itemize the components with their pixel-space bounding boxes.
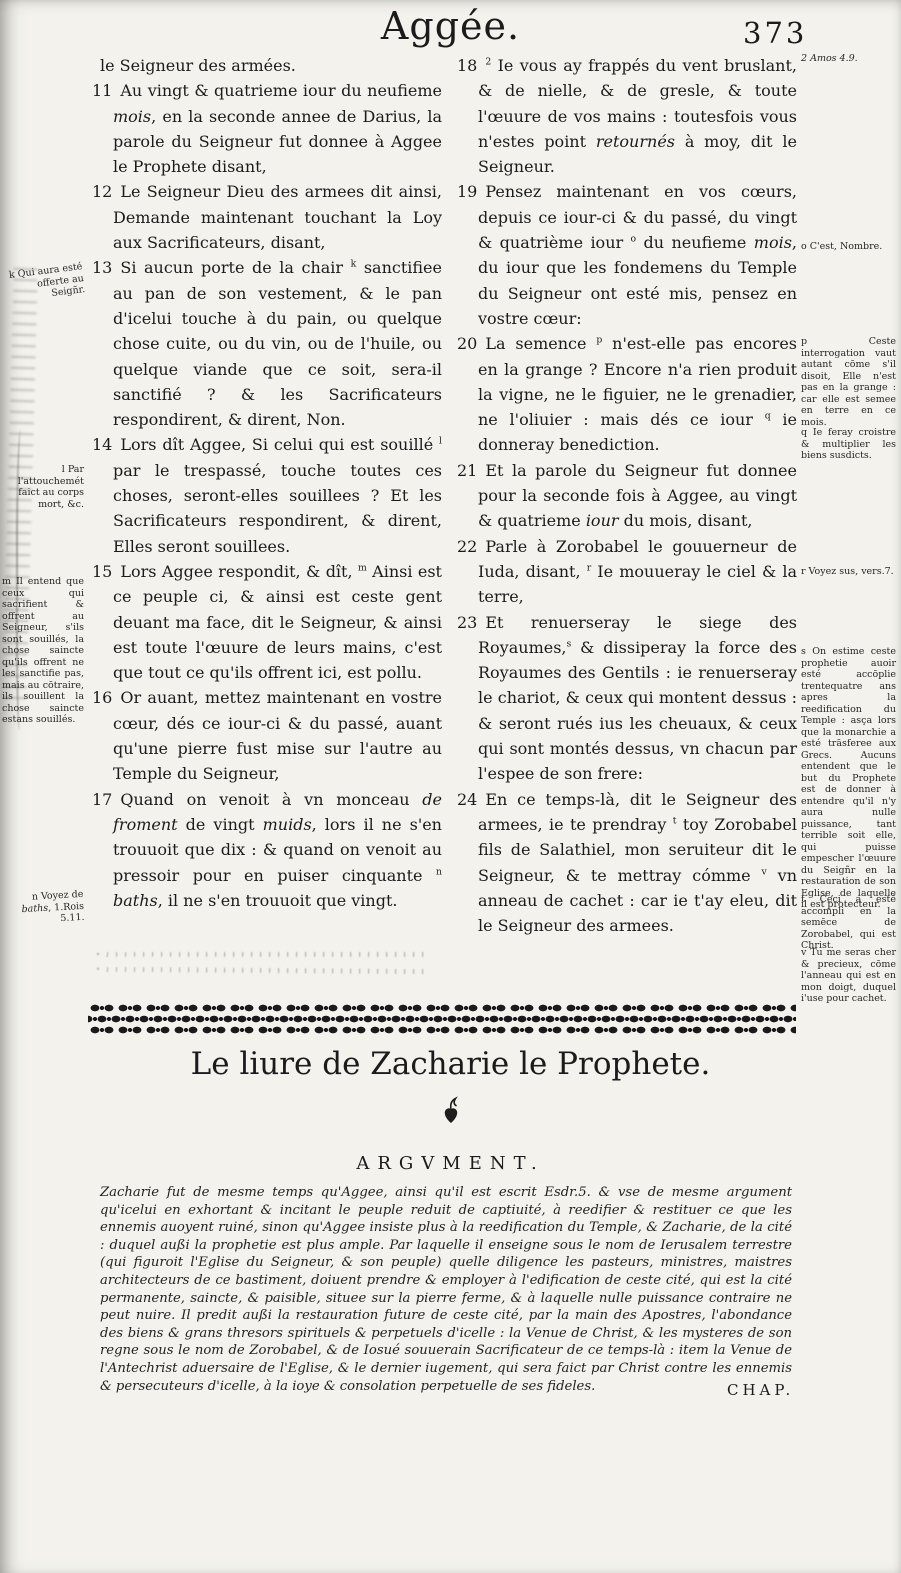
zacharie-book-title: Le liure de Zacharie le Prophete. <box>0 1046 901 1082</box>
page-number: 373 <box>743 16 807 50</box>
margin-note-o: o C'est, Nombre. <box>801 241 896 253</box>
margin-note-r: r Voyez sus, vers.7. <box>801 566 896 578</box>
verse-14: 14Lors dît Aggee, Si celui qui est souil… <box>92 432 442 558</box>
verse-23: 23Et renuerseray le siege des Royaumes,s… <box>457 610 797 787</box>
verse-18: 182 Ie vous ay frappés du vent bruslant,… <box>457 53 797 179</box>
verse-number: 11 <box>92 81 112 100</box>
verse-19: 19Pensez maintenant en vos cœurs, depuis… <box>457 179 797 331</box>
verse-16: 16Or auant, mettez maintenant en vostre … <box>92 685 442 786</box>
margin-note-m: m Il entend que ceux qui sacrifient & of… <box>2 576 84 726</box>
margin-note-p: p Ceste interrogation vaut autant cōme s… <box>801 336 896 428</box>
verse-text: Pensez maintenant en vos cœurs, depuis c… <box>478 182 797 327</box>
verse-text: Or auant, mettez maintenant en vostre cœ… <box>113 688 442 783</box>
ink-smudge <box>95 952 430 957</box>
text-column-right: 182 Ie vous ay frappés du vent bruslant,… <box>457 53 797 938</box>
margin-note-n: n Voyez de baths, 1.Rois 5.11. <box>1 889 85 928</box>
verse-number: 16 <box>92 688 112 707</box>
margin-note-s: s On estime ceste prophetie auoir esté a… <box>801 646 896 911</box>
verse-text: Au vingt & quatrieme iour du neufieme mo… <box>113 81 442 176</box>
verse-number: 20 <box>457 334 477 353</box>
argument-heading: ARGVMENT. <box>0 1153 901 1174</box>
verse-text: Quand on venoit à vn monceau de froment … <box>113 790 442 910</box>
verse-number: 24 <box>457 790 477 809</box>
verse-20: 20La semence p n'est-elle pas encores en… <box>457 331 797 457</box>
margin-note-v: v Tu me seras cher & precieux, cōme l'an… <box>801 947 896 1005</box>
verse-22: 22Parle à Zorobabel le gouuerneur de Iud… <box>457 534 797 610</box>
verse-text: Lors dît Aggee, Si celui qui est souillé… <box>113 435 442 555</box>
argument-paragraph: Zacharie fut de mesme temps qu'Aggee, ai… <box>100 1184 792 1395</box>
verse-21: 21Et la parole du Seigneur fut donnee po… <box>457 458 797 534</box>
verse-text: Et renuerseray le siege des Royaumes,s &… <box>478 613 797 784</box>
margin-note-q: q Ie feray croistre & multiplier les bie… <box>801 427 896 462</box>
margin-note-amos-ref: 2 Amos 4.9. <box>801 53 896 65</box>
verse-number: 17 <box>92 790 112 809</box>
verse-text: Si aucun porte de la chair k sanctifiee … <box>113 258 442 429</box>
text-column-left: le Seigneur des armées. 11Au vingt & qua… <box>92 53 442 913</box>
verse-13: 13Si aucun porte de la chair k sanctifie… <box>92 255 442 432</box>
ink-smudge <box>95 967 430 974</box>
verse-number: 22 <box>457 537 477 556</box>
verse-text: Et la parole du Seigneur fut donnee pour… <box>478 461 797 531</box>
verse-text: Parle à Zorobabel le gouuerneur de Iuda,… <box>478 537 797 607</box>
scanned-bible-page: Aggée. 373 k Qui aura esté offerte au Se… <box>0 0 901 1573</box>
verse-text: Lors Aggee respondit, & dît, m Ainsi est… <box>113 562 442 682</box>
verse-text: le Seigneur des armées. <box>100 56 296 75</box>
margin-note-t: t Ceci a esté accompli en la semēce de Z… <box>801 894 896 952</box>
verse-11: 11Au vingt & quatrieme iour du neufieme … <box>92 78 442 179</box>
verse-12: 12Le Seigneur Dieu des armees dit ainsi,… <box>92 179 442 255</box>
verse-number: 15 <box>92 562 112 581</box>
verse-number: 21 <box>457 461 477 480</box>
verse-text: 2 Ie vous ay frappés du vent bruslant, &… <box>478 56 797 176</box>
verse-number: 19 <box>457 182 477 201</box>
catchword-chap: CHAP. <box>727 1381 794 1399</box>
verse-17: 17Quand on venoit à vn monceau de fromen… <box>92 787 442 913</box>
verse-text: Le Seigneur Dieu des armees dit ainsi, D… <box>113 182 442 252</box>
verse-10-continuation: le Seigneur des armées. <box>92 53 442 78</box>
verse-text: La semence p n'est-elle pas encores en l… <box>478 334 797 454</box>
aldine-leaf-ornament-icon <box>0 1096 901 1128</box>
verse-number: 13 <box>92 258 112 277</box>
margin-note-l: l Par l'attouchemét faict au corps mort,… <box>2 464 84 510</box>
verse-number: 18 <box>457 56 477 75</box>
verse-number: 12 <box>92 182 112 201</box>
verse-number: 23 <box>457 613 477 632</box>
verse-number: 14 <box>92 435 112 454</box>
verse-text: En ce temps-là, dit le Seigneur des arme… <box>478 790 797 935</box>
ornamental-divider-band <box>88 1002 796 1036</box>
verse-24: 24En ce temps-là, dit le Seigneur des ar… <box>457 787 797 939</box>
verse-15: 15Lors Aggee respondit, & dît, m Ainsi e… <box>92 559 442 685</box>
